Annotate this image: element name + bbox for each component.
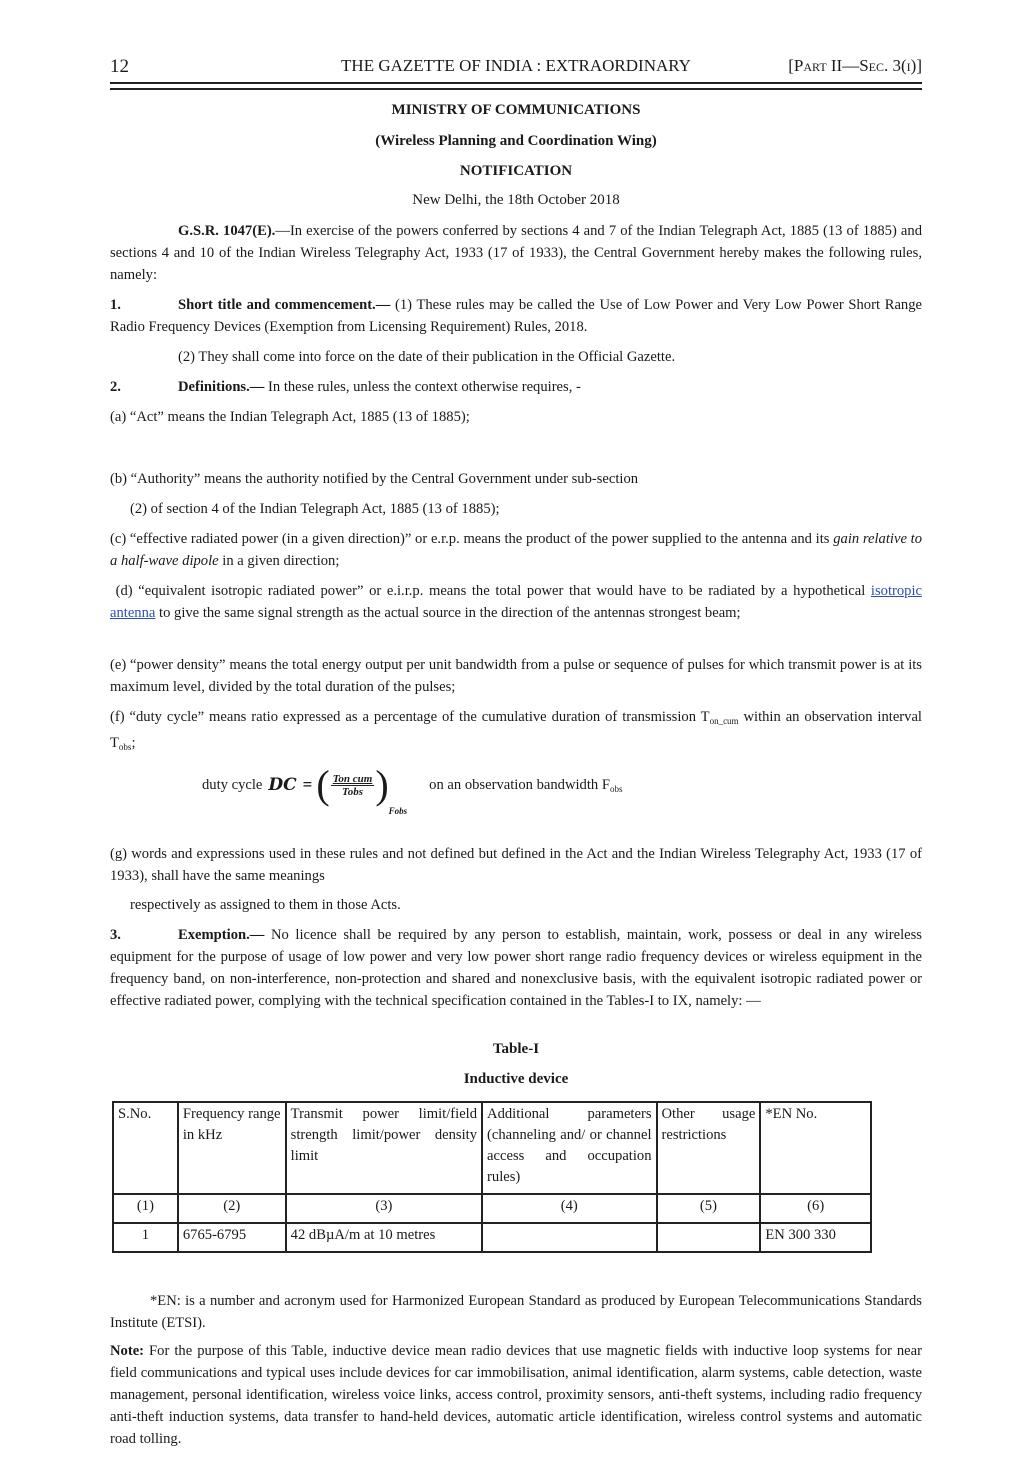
formula-subscript: Fobs bbox=[389, 806, 408, 816]
header-transmit-power: Transmit power limit/field strength limi… bbox=[286, 1102, 482, 1194]
rule-3-heading: Exemption.— bbox=[178, 927, 264, 943]
table-note: Note: For the purpose of this Table, ind… bbox=[110, 1340, 922, 1450]
rule-1-heading: Short title and commencement.— bbox=[178, 297, 390, 313]
table-header-row: S.No. Frequency range in kHz Transmit po… bbox=[113, 1102, 871, 1194]
rule-2: 2.Definitions.— In these rules, unless t… bbox=[110, 376, 922, 398]
rule-1-sub-2: (2) They shall come into force on the da… bbox=[110, 346, 922, 368]
inductive-device-table: S.No. Frequency range in kHz Transmit po… bbox=[112, 1101, 872, 1253]
definition-c: (c) “effective radiated power (in a give… bbox=[110, 528, 922, 572]
table-column-number-row: (1) (2) (3) (4) (5) (6) bbox=[113, 1194, 871, 1223]
en-footnote: *EN: is a number and acronym used for Ha… bbox=[110, 1290, 922, 1334]
cell-transmit-power: 42 dBµA/m at 10 metres bbox=[286, 1223, 482, 1252]
header-frequency: Frequency range in kHz bbox=[178, 1102, 286, 1194]
notification-heading: NOTIFICATION bbox=[110, 163, 922, 180]
definition-b-line1: (b) “Authority” means the authority noti… bbox=[110, 468, 922, 490]
gsr-reference: G.S.R. 1047(E). bbox=[178, 223, 275, 239]
definition-g-line2: respectively as assigned to them in thos… bbox=[130, 894, 922, 916]
definition-a: (a) “Act” means the Indian Telegraph Act… bbox=[110, 406, 922, 428]
definition-e: (e) “power density” means the total ener… bbox=[110, 654, 922, 698]
note-label: Note: bbox=[110, 1343, 144, 1359]
table-row: 1 6765-6795 42 dBµA/m at 10 metres EN 30… bbox=[113, 1223, 871, 1252]
cell-sno: 1 bbox=[113, 1223, 178, 1252]
header-sno: S.No. bbox=[113, 1102, 178, 1194]
formula-suffix: on an observation bandwidth Fobs bbox=[429, 777, 622, 794]
table-subtitle: Inductive device bbox=[110, 1071, 922, 1088]
formula-fraction: Ton cum Tobs bbox=[331, 773, 375, 798]
header-rule-bottom bbox=[110, 88, 922, 90]
definition-f: (f) “duty cycle” means ratio expressed a… bbox=[110, 706, 922, 758]
rule-3: 3.Exemption.— No licence shall be requir… bbox=[110, 924, 922, 1012]
ministry-heading: MINISTRY OF COMMUNICATIONS bbox=[110, 102, 922, 119]
rule-2-heading: Definitions.— bbox=[178, 379, 264, 395]
duty-cycle-formula: duty cycle DC = ( Ton cum Tobs ) Fobs on… bbox=[202, 760, 622, 810]
cell-frequency: 6765-6795 bbox=[178, 1223, 286, 1252]
rule-1: 1.Short title and commencement.— (1) The… bbox=[110, 294, 922, 338]
header-additional-parameters: Additional parameters (channeling and/ o… bbox=[482, 1102, 656, 1194]
part-section: [Part II—Sec. 3(i)] bbox=[788, 56, 922, 76]
right-paren: ) bbox=[375, 765, 388, 805]
table-title: Table-I bbox=[110, 1041, 922, 1058]
left-paren: ( bbox=[316, 765, 329, 805]
header-other-restrictions: Other usage restrictions bbox=[657, 1102, 761, 1194]
formula-denominator: Tobs bbox=[342, 786, 363, 798]
header-rule-top bbox=[110, 82, 922, 84]
definition-d: (d) “equivalent isotropic radiated power… bbox=[110, 580, 922, 624]
definition-b-line2: (2) of section 4 of the Indian Telegraph… bbox=[130, 498, 922, 520]
place-date: New Delhi, the 18th October 2018 bbox=[110, 192, 922, 209]
running-header: 12 THE GAZETTE OF INDIA : EXTRAORDINARY … bbox=[110, 56, 922, 82]
cell-en-no: EN 300 330 bbox=[760, 1223, 871, 1252]
definition-g-line1: (g) words and expressions used in these … bbox=[110, 843, 922, 887]
formula-equals: = bbox=[303, 775, 313, 795]
cell-additional-parameters bbox=[482, 1223, 656, 1252]
formula-numerator: Ton cum bbox=[331, 773, 375, 786]
cell-other-restrictions bbox=[657, 1223, 761, 1252]
preamble: G.S.R. 1047(E).—In exercise of the power… bbox=[110, 220, 922, 286]
wing-heading: (Wireless Planning and Coordination Wing… bbox=[110, 133, 922, 150]
header-en-no: *EN No. bbox=[760, 1102, 871, 1194]
formula-label: duty cycle bbox=[202, 777, 262, 794]
formula-symbol: DC bbox=[268, 775, 296, 795]
